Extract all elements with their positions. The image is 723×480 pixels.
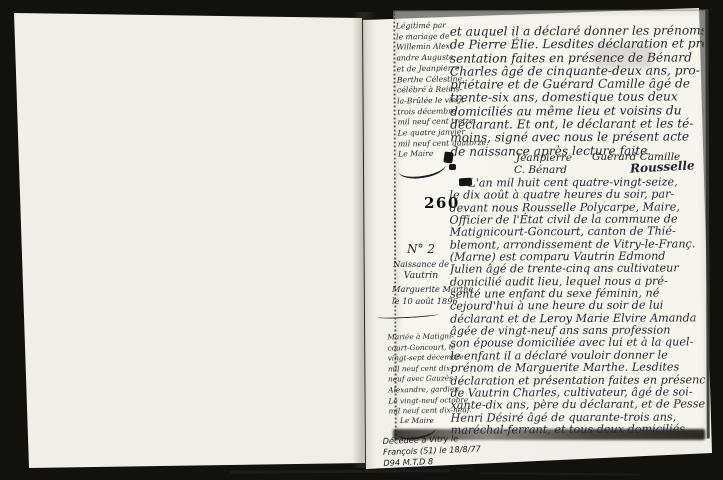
margin-note-marriage-mention: Mariée à Matigni-court-Goncourt, levingt… [387,331,448,417]
backdrop-streak [230,469,450,474]
annotation-signature-squiggle [452,461,476,470]
margin-note-legitimation: Légitimé parle mariage deWillemin Alex-a… [396,21,454,161]
text-line: N° 2 [392,240,450,258]
text-line: et de Jeanpierre [397,63,453,75]
book-gutter-shadow [352,12,376,468]
text-line: Mariée à Matigni- [387,331,447,343]
text-line: Alexandre, gardien. [388,384,448,396]
death-mention-annotation: Décédée à Vitry leFrançois (51) le 18/8/… [382,432,493,469]
text-line: Vautrin [392,270,450,282]
register-scan: Légitimé parle mariage deWillemin Alex-a… [0,0,723,480]
text-line: vingt-sept décembre [388,353,448,365]
act1-body-text: et auquel il a déclaré donner les prénom… [450,24,705,161]
text-line: Marguerite Marthe [392,283,450,295]
backdrop-streak [480,472,640,475]
text-line: le 10 août 1896 [392,295,450,307]
text-line: andre Auguste [396,53,452,65]
text-line: mil neuf cent quatorze. [398,138,454,150]
signature-jeanpierre: Jeanpierre [516,152,572,164]
ink-blot [443,151,453,163]
text-line: Naissance de [392,258,450,270]
margin-note-act-heading: N° 2Naissance deVautrinMarguerite Marthe… [392,240,450,308]
text-line: Le quatre janvier [398,128,454,140]
signature-benard: C. Bénard [514,164,567,176]
text-line: Légitimé par [396,21,452,33]
text-line: la-Brûlée le vingt- [397,95,453,107]
ink-blot [449,164,456,170]
act2-body-text: L'an mil huit cent quatre-vingt-seize,le… [449,176,705,437]
